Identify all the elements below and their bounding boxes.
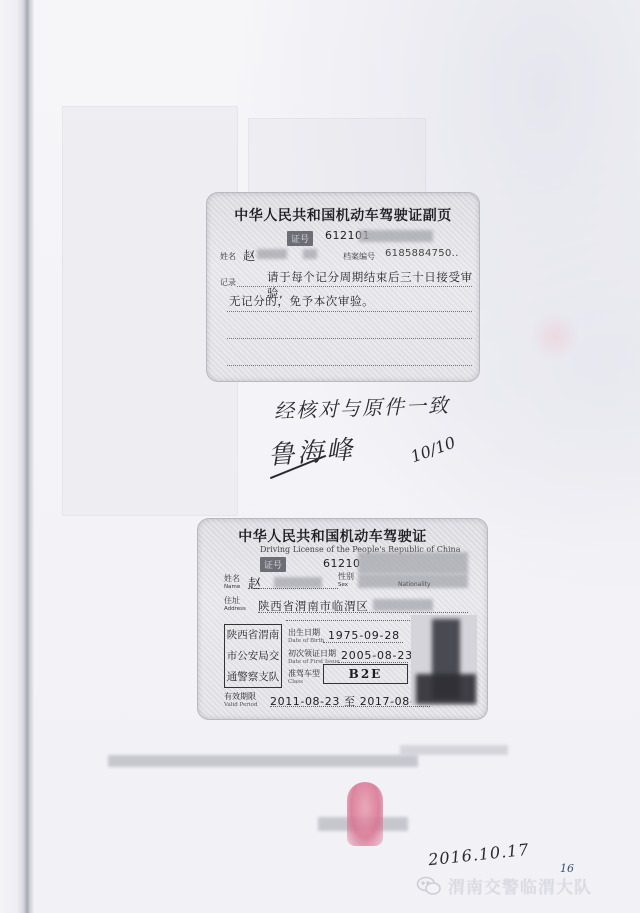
first-issue-value: 2005-08-23 <box>341 649 413 662</box>
dotted-line <box>248 588 338 589</box>
supplementary-title: 中华人民共和国机动车驾驶证副页 <box>207 205 479 225</box>
license-title: 中华人民共和国机动车驾驶证 <box>198 526 487 546</box>
redacted-handwriting <box>400 745 508 755</box>
redacted-region <box>373 599 433 611</box>
name-value: 赵 <box>243 247 255 264</box>
redacted-handwriting <box>108 755 418 767</box>
dotted-line <box>323 642 403 643</box>
photo-redacted <box>416 674 476 704</box>
wechat-icon <box>416 876 442 896</box>
issuer-stamp: 陕西省渭南 市公安局交 通警察支队 <box>224 624 282 688</box>
dotted-line <box>270 706 430 707</box>
nationality-label: Nationality <box>398 581 431 588</box>
binding-edge <box>0 0 34 913</box>
red-thumbprint <box>347 782 383 846</box>
dotted-line <box>258 612 468 613</box>
dotted-line <box>338 662 408 663</box>
signature-date: 10/10 <box>408 433 458 467</box>
file-number: 6185884750.. <box>385 248 459 259</box>
scanned-page: 中华人民共和国机动车驾驶证副页 证号 612101 姓名 赵 档案编号 6185… <box>0 0 640 913</box>
record-text-line: 无记分的，免予本次审验。 <box>229 293 374 309</box>
dotted-line <box>227 338 472 339</box>
signature: 鲁海峰 <box>267 429 356 472</box>
redacted-region <box>257 249 287 259</box>
class-value: B2E <box>323 664 408 684</box>
driving-license-card: 中华人民共和国机动车驾驶证 Driving License of the Peo… <box>197 518 488 720</box>
dotted-line <box>227 365 472 366</box>
redacted-region <box>358 552 468 574</box>
name-label: 姓名Name <box>224 575 240 591</box>
bottom-date: 2016.10.17 <box>427 840 530 870</box>
cert-number: 61210 <box>323 557 361 570</box>
dotted-line <box>237 286 472 287</box>
redacted-region <box>274 577 322 588</box>
redacted-region <box>359 230 433 242</box>
faint-stamp <box>530 312 580 360</box>
sex-label: 性别Sex <box>338 573 354 589</box>
watermark-text: 渭南交警临渭大队 <box>448 873 592 898</box>
name-label: 姓名 <box>220 251 236 262</box>
cert-label: 证号 <box>260 557 286 572</box>
class-label: 准驾车型Class <box>288 670 320 686</box>
name-value: 赵 <box>248 573 261 592</box>
dotted-line <box>227 311 472 312</box>
valid-period-label: 有效期限Valid Period <box>224 693 257 709</box>
record-label: 记录 <box>220 277 236 288</box>
address-label: 住址Address <box>224 597 246 613</box>
license-supplementary-page: 中华人民共和国机动车驾驶证副页 证号 612101 姓名 赵 档案编号 6185… <box>206 192 480 382</box>
dob-label: 出生日期Date of Birth <box>288 629 324 645</box>
dob-value: 1975-09-28 <box>328 629 400 642</box>
file-number-label: 档案编号 <box>343 251 375 262</box>
watermark: 渭南交警临渭大队 <box>416 873 592 898</box>
verification-note: 经核对与原件一致 <box>274 389 451 424</box>
redacted-region <box>303 249 317 259</box>
cert-label: 证号 <box>287 231 313 246</box>
